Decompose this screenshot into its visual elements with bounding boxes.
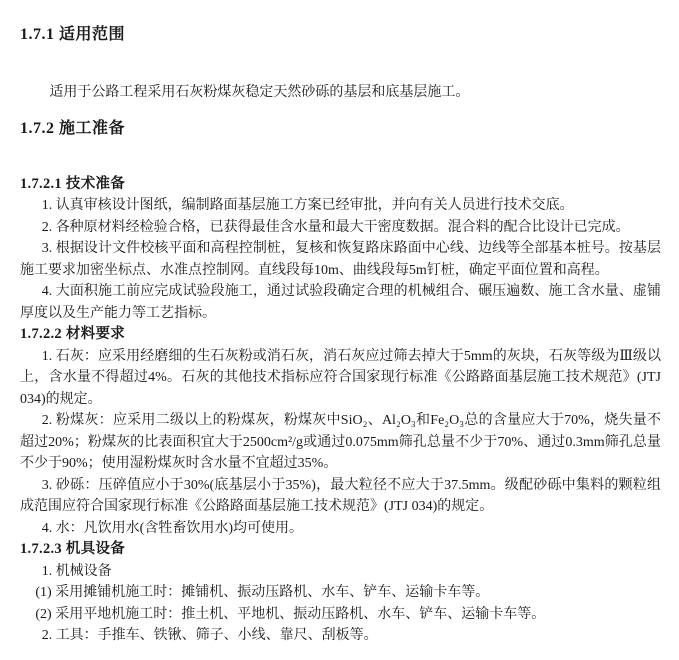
tech-item-3: 3. 根据设计文件校核平面和高程控制桩，复核和恢复路床路面中心线、边线等全部基本… (20, 238, 661, 281)
heading-tools-equipment: 1.7.2.3 机具设备 (20, 539, 661, 561)
equipment-item-paver-method: (1) 采用摊铺机施工时：摊铺机、振动压路机、水车、铲车、运输卡车等。 (20, 582, 661, 604)
heading-material-requirements: 1.7.2.2 材料要求 (20, 324, 661, 346)
material-item-flyash: 2. 粉煤灰：应采用二级以上的粉煤灰，粉煤灰中SiO₂、Al₂O₃和Fe₂O₃总… (20, 410, 661, 475)
heading-applicable-scope: 1.7.1 适用范围 (20, 24, 661, 46)
heading-construction-preparation: 1.7.2 施工准备 (20, 118, 661, 140)
document-page: 1.7.1 适用范围 适用于公路工程采用石灰粉煤灰稳定天然砂砾的基层和底基层施工… (0, 0, 679, 660)
equipment-item-grader-method: (2) 采用平地机施工时：推土机、平地机、振动压路机、水车、铲车、运输卡车等。 (20, 604, 661, 626)
tech-item-1: 1. 认真审核设计图纸，编制路面基层施工方案已经审批，并向有关人员进行技术交底。 (20, 195, 661, 217)
tech-item-2: 2. 各种原材料经检验合格，已获得最佳含水量和最大干密度数据。混合料的配合比设计… (20, 217, 661, 239)
paragraph-scope: 适用于公路工程采用石灰粉煤灰稳定天然砂砾的基层和底基层施工。 (20, 82, 661, 104)
material-item-gravel: 3. 砂砾：压碎值应小于30%(底基层小于35%)，最大粒径不应大于37.5mm… (20, 475, 661, 518)
material-item-lime: 1. 石灰：应采用经磨细的生石灰粉或消石灰，消石灰应过筛去掉大于5mm的灰块，石… (20, 346, 661, 411)
heading-technical-preparation: 1.7.2.1 技术准备 (20, 174, 661, 196)
equipment-item-machinery: 1. 机械设备 (20, 561, 661, 583)
equipment-item-tools: 2. 工具：手推车、铁锹、筛子、小线、靠尺、刮板等。 (20, 625, 661, 647)
material-item-water: 4. 水：凡饮用水(含牲畜饮用水)均可使用。 (20, 518, 661, 540)
tech-item-4: 4. 大面积施工前应完成试验段施工，通过试验段确定合理的机械组合、碾压遍数、施工… (20, 281, 661, 324)
